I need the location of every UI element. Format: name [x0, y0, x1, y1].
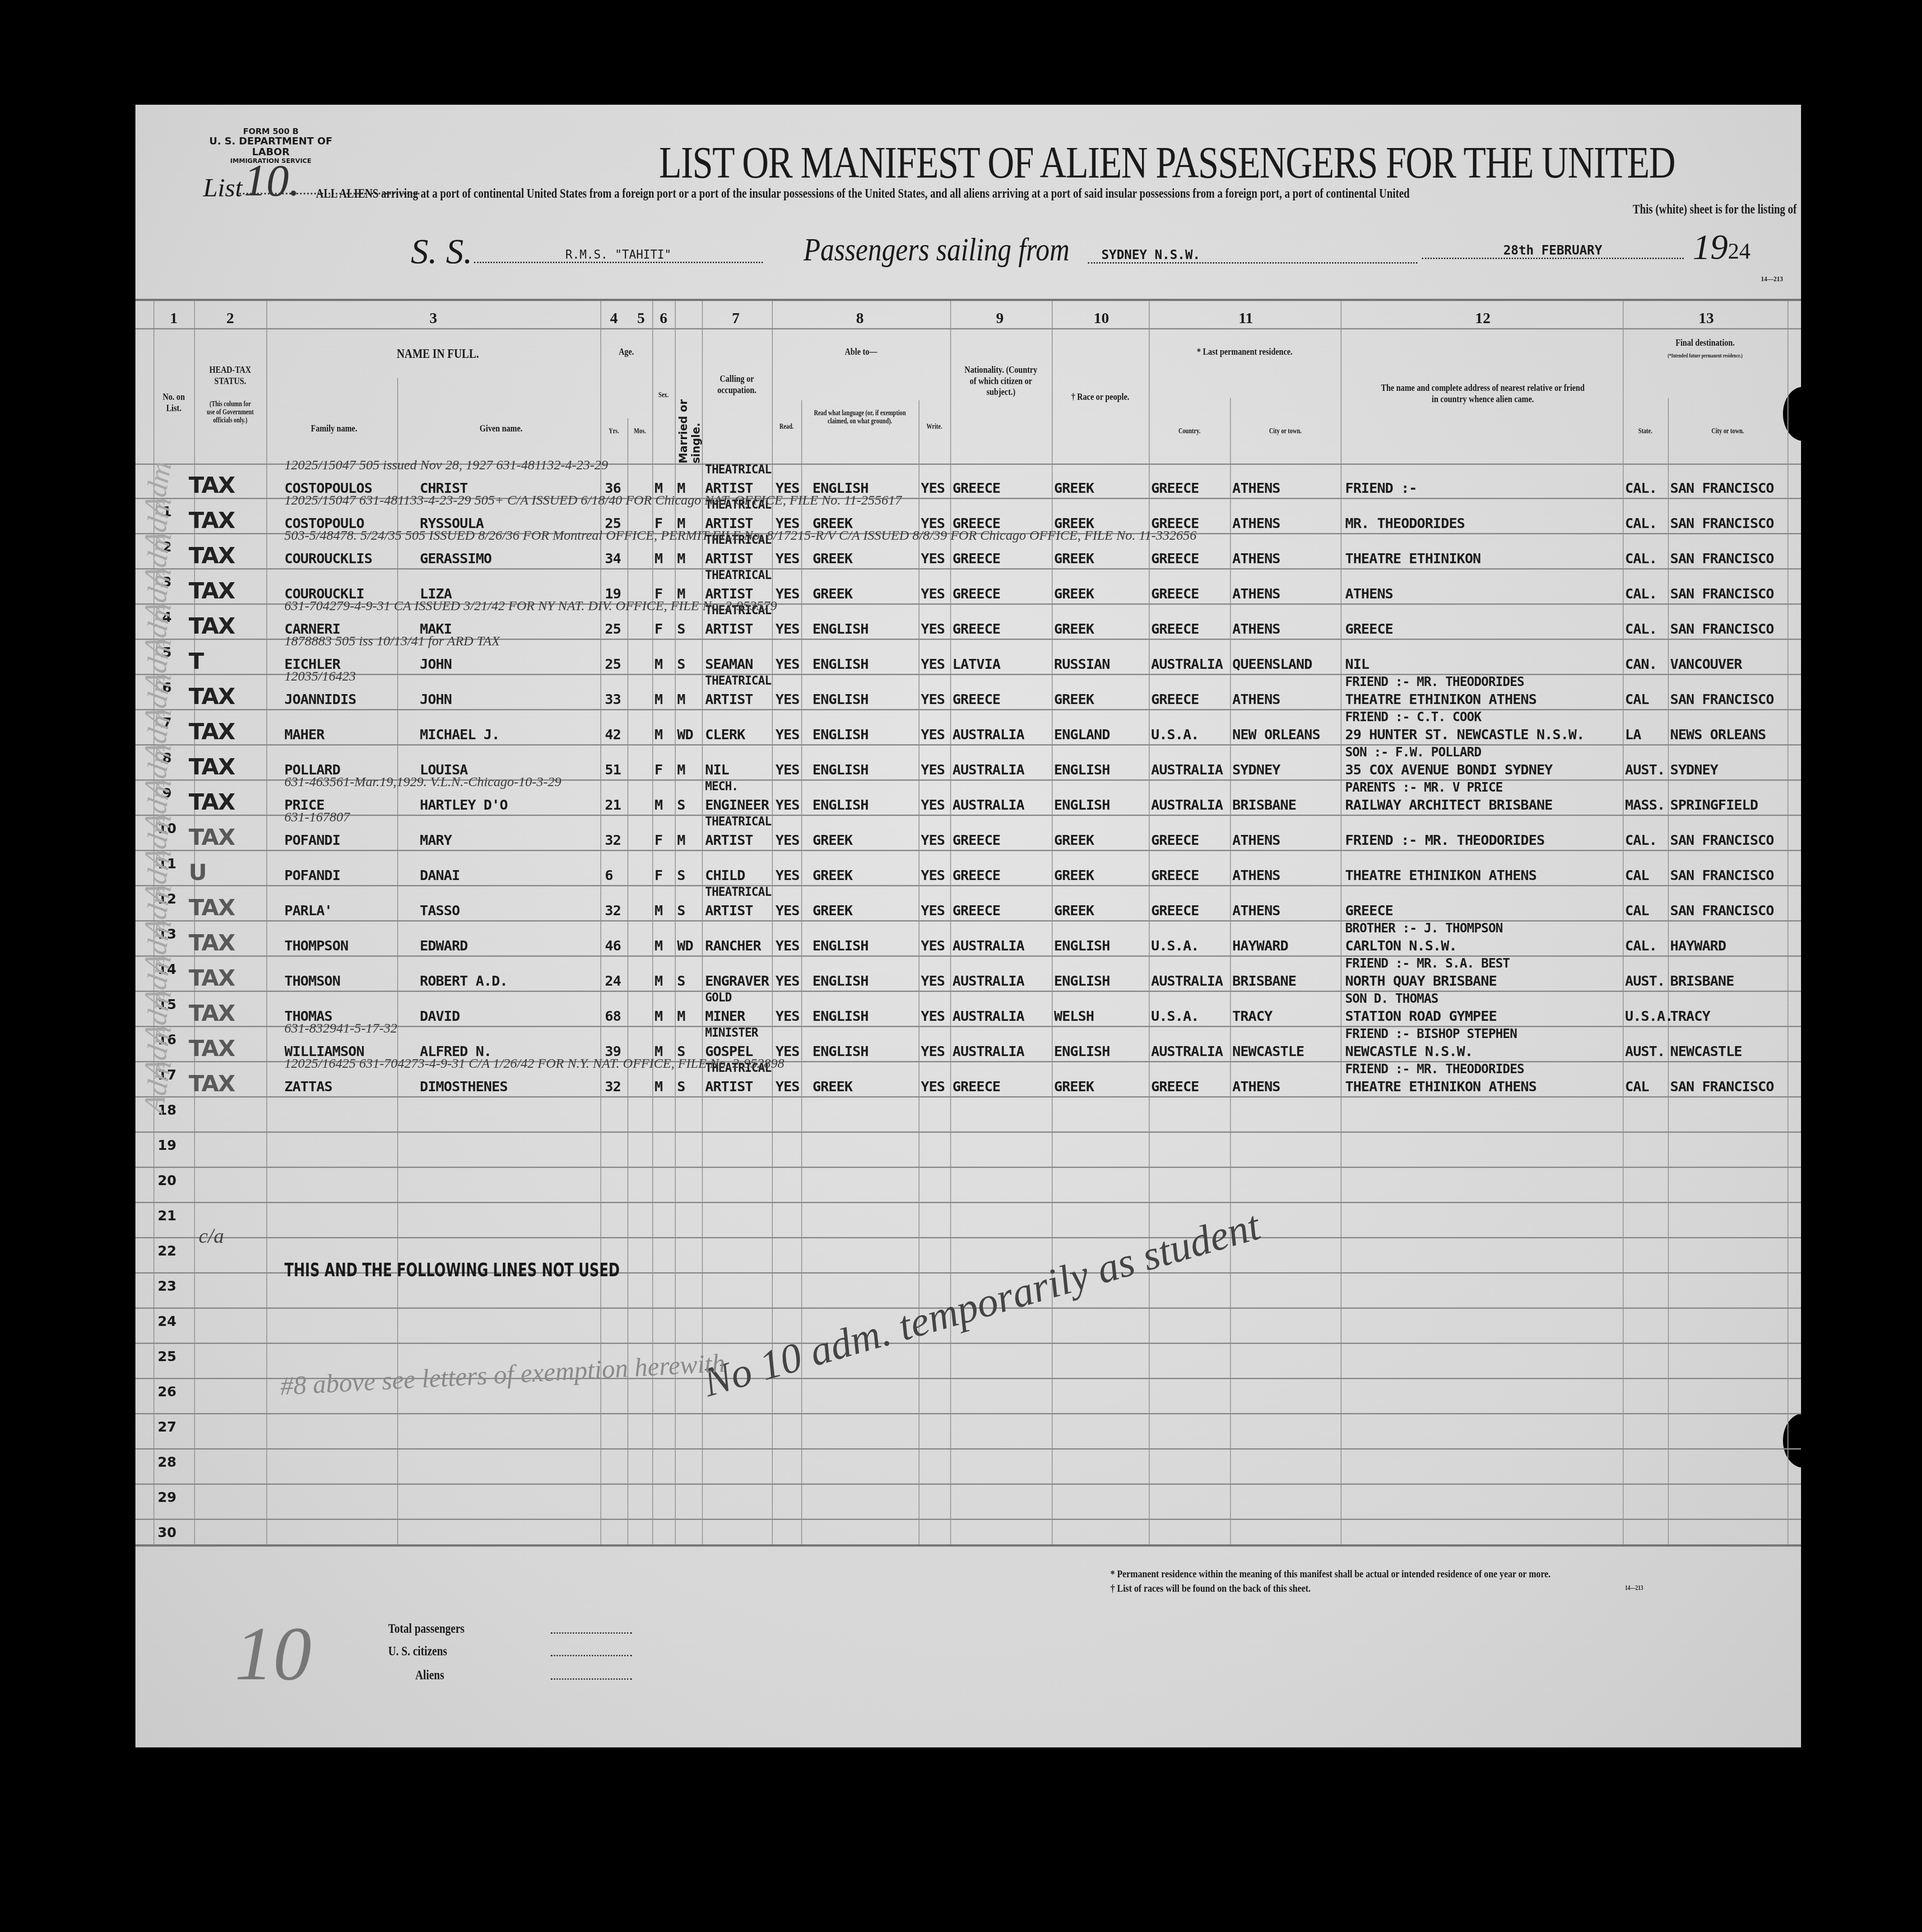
cell-state: AUST. — [1625, 762, 1665, 778]
cell-dest-city: SAN FRANCISCO — [1670, 515, 1774, 532]
cell-read: YES — [775, 1008, 799, 1024]
cell-relative-top: FRIEND :- BISHOP STEPHEN — [1345, 1026, 1517, 1041]
cell-marital: M — [677, 832, 685, 848]
cell-occupation-top: MINISTER — [705, 1026, 758, 1040]
cell-age: 51 — [605, 762, 621, 778]
cell-marital: WD — [677, 727, 693, 743]
sailing-port: SYDNEY N.S.W. — [1088, 247, 1417, 264]
cell-marital: S — [677, 656, 685, 672]
cell-age: 34 — [605, 551, 621, 567]
cell-sex: M — [655, 551, 663, 567]
cell-city: SYDNEY — [1232, 762, 1280, 778]
cell-age: 21 — [605, 797, 621, 813]
subtitle-line-2: This (white) sheet is for the listing of — [1633, 202, 1797, 217]
header-city: City or town. — [1241, 427, 1330, 436]
header-head-tax: HEAD-TAX STATUS. — [201, 364, 259, 386]
cell-occ: ARTIST — [705, 621, 753, 637]
cell-sex: M — [655, 1008, 663, 1024]
cell-race: GREEK — [1054, 832, 1094, 848]
cell-race: GREEK — [1054, 621, 1094, 637]
cell-read: YES — [775, 586, 799, 602]
cell-state: U.S.A. — [1625, 1008, 1673, 1024]
cell-marital: S — [677, 867, 685, 884]
cell-race: GREEK — [1054, 1079, 1094, 1095]
cell-occ: CLERK — [705, 727, 745, 743]
cell-age: 6 — [605, 867, 613, 884]
head-tax-stamp: TAX — [189, 613, 234, 639]
cell-read: YES — [775, 832, 799, 848]
cell-given: TASSO — [420, 903, 460, 919]
cell-race: GREEK — [1054, 903, 1094, 919]
handwritten-annotation: 12025/16425 631-704273-4-9-31 C/A 1/26/4… — [284, 1056, 785, 1071]
cell-relative: GREECE — [1345, 903, 1393, 919]
cell-lang: ENGLISH — [812, 938, 868, 954]
head-tax-stamp: TAX — [189, 578, 234, 604]
header-no-on-list: No. on List. — [158, 391, 190, 413]
cell-state: AUST. — [1625, 1043, 1665, 1060]
row-number: 28 — [153, 1455, 181, 1470]
cell-dest-city: TRACY — [1670, 1008, 1710, 1024]
cell-relative-top: BROTHER :- J. THOMPSON — [1345, 921, 1503, 936]
cell-city: NEW ORLEANS — [1232, 727, 1320, 743]
cell-city: ATHENS — [1232, 515, 1280, 532]
cell-state: CAL. — [1625, 586, 1657, 602]
cell-sex: M — [655, 727, 663, 743]
cell-state: LA — [1625, 727, 1641, 743]
cell-relative: NORTH QUAY BRISBANE — [1345, 973, 1497, 989]
header-read: Read. — [775, 423, 799, 431]
cell-country: AUSTRALIA — [1151, 797, 1223, 813]
cell-country: GREECE — [1151, 1079, 1199, 1095]
manifest-footer: 10 Total passengers U. S. citizens Alien… — [135, 1544, 1801, 1750]
cell-relative: THEATRE ETHINIKON ATHENS — [1345, 691, 1537, 708]
cell-given: DIMOSTHENES — [420, 1079, 507, 1095]
cell-sex: F — [655, 867, 663, 884]
cell-read: YES — [775, 621, 799, 637]
header-able-to: Able to— — [790, 346, 933, 357]
cell-dest-city: SAN FRANCISCO — [1670, 903, 1774, 919]
cell-occupation-top: THEATRICAL — [705, 815, 771, 829]
footer-form-code: 14—213 — [1625, 1585, 1643, 1592]
cell-marital: M — [677, 762, 685, 778]
cell-write: YES — [921, 973, 945, 989]
cell-nationality: GREECE — [952, 1079, 1000, 1095]
cell-nationality: GREECE — [952, 480, 1000, 496]
ship-name: R.M.S. "TAHITI" — [474, 248, 763, 263]
handwritten-annotation: 1878883 505 iss 10/13/41 for ARD TAX — [284, 634, 500, 649]
handwritten-annotation: 631-832941-5-17-32 — [284, 1021, 397, 1036]
cell-family: PARLA' — [284, 903, 332, 919]
cell-race: GREEK — [1054, 691, 1094, 708]
cell-occ: CHILD — [705, 867, 745, 884]
header-write: Write. — [922, 423, 947, 431]
cell-country: AUSTRALIA — [1151, 762, 1223, 778]
cell-lang: ENGLISH — [812, 727, 868, 743]
cell-family: THOMSON — [284, 973, 340, 989]
header-nearest-relative: The name and complete address of nearest… — [1380, 382, 1586, 404]
cell-write: YES — [921, 727, 945, 743]
handwritten-annotation: 631-704279-4-9-31 CA ISSUED 3/21/42 FOR … — [284, 598, 777, 614]
column-number: 2 — [227, 310, 234, 327]
cell-city: ATHENS — [1232, 867, 1280, 884]
cell-age: 25 — [605, 656, 621, 672]
cell-write: YES — [921, 867, 945, 884]
column-number: 5 — [637, 310, 645, 327]
cell-write: YES — [921, 1008, 945, 1024]
cell-sex: F — [655, 832, 663, 848]
cell-lang: ENGLISH — [812, 691, 868, 708]
cell-state: CAL. — [1625, 515, 1657, 532]
cell-given: MICHAEL J. — [420, 727, 500, 743]
handwritten-annotation: 12035/16423 — [284, 669, 356, 684]
cell-sex: M — [655, 973, 663, 989]
cell-relative: GREECE — [1345, 621, 1393, 637]
row-number: 21 — [153, 1208, 181, 1224]
header-read-language: Read what language (or, if exemption cla… — [813, 409, 907, 426]
cell-given: JOHN — [420, 691, 452, 708]
row-number: 24 — [153, 1314, 181, 1330]
cell-occ: SEAMAN — [705, 656, 753, 672]
cell-age: 46 — [605, 938, 621, 954]
cell-lang: GREEK — [812, 586, 852, 602]
cell-occ: ENGRAVER — [705, 973, 769, 989]
cell-city: ATHENS — [1232, 903, 1280, 919]
cell-read: YES — [775, 762, 799, 778]
cell-city: HAYWARD — [1232, 938, 1288, 954]
cell-age: 32 — [605, 903, 621, 919]
cell-lang: GREEK — [812, 832, 852, 848]
cell-occ: ARTIST — [705, 691, 753, 708]
cell-state: CAN. — [1625, 656, 1657, 672]
cell-occupation-top: GOLD — [705, 991, 732, 1005]
cell-occupation-top: MECH. — [705, 780, 738, 793]
cell-family: JOANNIDIS — [284, 691, 356, 708]
head-tax-stamp: TAX — [189, 1000, 234, 1026]
sailing-label: Passengers sailing from — [803, 231, 1069, 269]
head-tax-stamp: TAX — [189, 824, 234, 850]
cell-dest-city: SAN FRANCISCO — [1670, 586, 1774, 602]
cell-sex: M — [655, 656, 663, 672]
cell-family: THOMPSON — [284, 938, 348, 954]
cell-country: GREECE — [1151, 480, 1199, 496]
cell-lang: GREEK — [812, 1079, 852, 1095]
cell-country: GREECE — [1151, 621, 1199, 637]
footnote-residence: * Permanent residence within the meaning… — [1110, 1568, 1551, 1580]
cell-dest-city: SAN FRANCISCO — [1670, 480, 1774, 496]
cell-marital: M — [677, 691, 685, 708]
cell-city: ATHENS — [1232, 691, 1280, 708]
cell-family: POFANDI — [284, 832, 340, 848]
column-number: 13 — [1699, 310, 1714, 327]
cell-country: GREECE — [1151, 903, 1199, 919]
header-mos: Mos. — [630, 427, 650, 436]
cell-state: CAL. — [1625, 938, 1657, 954]
cell-dest-city: NEWS ORLEANS — [1670, 727, 1766, 743]
cell-occ: NIL — [705, 762, 729, 778]
cell-family: ZATTAS — [284, 1079, 332, 1095]
cell-marital: S — [677, 1079, 685, 1095]
cell-dest-city: SPRINGFIELD — [1670, 797, 1758, 813]
cell-country: GREECE — [1151, 691, 1199, 708]
cell-relative: FRIEND :- — [1345, 480, 1417, 496]
column-number: 10 — [1094, 310, 1109, 327]
cell-nationality: AUSTRALIA — [952, 973, 1024, 989]
cell-nationality: GREECE — [952, 586, 1000, 602]
cell-write: YES — [921, 938, 945, 954]
cell-country: AUSTRALIA — [1151, 656, 1223, 672]
cell-occ: ARTIST — [705, 903, 753, 919]
cell-state: CAL — [1625, 691, 1649, 708]
cell-state: CAL — [1625, 867, 1649, 884]
handwritten-total: 10 — [235, 1610, 311, 1698]
cell-relative: RAILWAY ARCHITECT BRISBANE — [1345, 797, 1552, 813]
cell-given: GERASSIMO — [420, 551, 492, 567]
cell-state: CAL. — [1625, 832, 1657, 848]
cell-state: AUST. — [1625, 973, 1665, 989]
handwritten-annotation: 503-5/48478. 5/24/35 505 ISSUED 8/26/36 … — [284, 528, 1197, 543]
head-tax-stamp: TAX — [189, 1070, 234, 1097]
cell-read: YES — [775, 727, 799, 743]
cell-relative-top: FRIEND :- MR. THEODORIDES — [1345, 674, 1524, 689]
row-number: 20 — [153, 1173, 181, 1189]
manifest-sheet: FORM 500 B U. S. DEPARTMENT OF LABOR IMM… — [135, 105, 1801, 1747]
cell-race: GREEK — [1054, 480, 1094, 496]
cell-lang: GREEK — [812, 903, 852, 919]
cell-state: CAL. — [1625, 480, 1657, 496]
cell-marital: S — [677, 797, 685, 813]
footnote-races: † List of races will be found on the bac… — [1110, 1583, 1310, 1595]
cell-nationality: GREECE — [952, 903, 1000, 919]
cell-age: 42 — [605, 727, 621, 743]
cell-occ: MINER — [705, 1008, 745, 1024]
cell-nationality: AUSTRALIA — [952, 938, 1024, 954]
header-married-single: Married or single. — [677, 360, 702, 463]
cell-lang: ENGLISH — [812, 797, 868, 813]
cell-occ: ARTIST — [705, 1079, 753, 1095]
column-number: 8 — [856, 310, 864, 327]
cell-write: YES — [921, 551, 945, 567]
cell-dest-city: BRISBANE — [1670, 973, 1734, 989]
cell-occ: RANCHER — [705, 938, 761, 954]
header-name-in-full: NAME IN FULL. — [348, 346, 528, 361]
cell-read: YES — [775, 903, 799, 919]
cell-lang: ENGLISH — [812, 762, 868, 778]
cell-sex: F — [655, 621, 663, 637]
head-tax-stamp: TAX — [189, 930, 234, 956]
cell-dest-city: SAN FRANCISCO — [1670, 867, 1774, 884]
cell-dest-city: SAN FRANCISCO — [1670, 691, 1774, 708]
row-number: 23 — [153, 1279, 181, 1294]
cell-family: COUROUCKLIS — [284, 551, 372, 567]
cell-write: YES — [921, 621, 945, 637]
head-tax-stamp: TAX — [189, 718, 234, 745]
cell-given: JOHN — [420, 656, 452, 672]
cell-occ: ARTIST — [705, 832, 753, 848]
cell-read: YES — [775, 656, 799, 672]
total-passengers-label: Total passengers — [388, 1621, 464, 1636]
cell-write: YES — [921, 1079, 945, 1095]
head-tax-stamp: TAX — [189, 542, 234, 569]
cell-race: ENGLISH — [1054, 1043, 1110, 1060]
header-occupation: Calling or occupation. — [709, 373, 765, 395]
cell-write: YES — [921, 797, 945, 813]
subtitle-line-1: ALL ALIENS arriving at a port of contine… — [316, 186, 1410, 201]
cell-lang: ENGLISH — [812, 973, 868, 989]
header-head-tax-note: (This column for use of Government offic… — [205, 400, 255, 425]
cell-sex: F — [655, 762, 663, 778]
cell-dest-city: SAN FRANCISCO — [1670, 1079, 1774, 1095]
cell-relative: CARLTON N.S.W. — [1345, 938, 1457, 954]
cell-write: YES — [921, 691, 945, 708]
header-yrs: Yrs. — [603, 427, 625, 436]
header-given-name: Given name. — [432, 423, 570, 434]
head-tax-stamp: TAX — [189, 683, 234, 709]
cell-occupation-top: THEATRICAL — [705, 463, 771, 477]
cell-state: CAL. — [1625, 621, 1657, 637]
cell-lang: ENGLISH — [812, 656, 868, 672]
cell-relative-top: FRIEND :- MR. THEODORIDES — [1345, 1061, 1524, 1076]
head-tax-stamp: TAX — [189, 507, 234, 533]
cell-nationality: AUSTRALIA — [952, 1008, 1024, 1024]
cell-lang: GREEK — [812, 867, 852, 884]
cell-sex: M — [655, 903, 663, 919]
cell-lang: GREEK — [812, 551, 852, 567]
cell-city: ATHENS — [1232, 832, 1280, 848]
cell-write: YES — [921, 903, 945, 919]
cell-nationality: GREECE — [952, 551, 1000, 567]
row-number: 25 — [153, 1349, 181, 1365]
cell-write: YES — [921, 586, 945, 602]
cell-family: POFANDI — [284, 867, 340, 884]
head-tax-stamp: T — [189, 648, 203, 674]
cell-given: EDWARD — [420, 938, 468, 954]
aliens-label: Aliens — [415, 1668, 444, 1683]
cell-relative: 29 HUNTER ST. NEWCASTLE N.S.W. — [1345, 727, 1584, 743]
cell-occupation-top: THEATRICAL — [705, 885, 771, 899]
cell-nationality: AUSTRALIA — [952, 762, 1024, 778]
cell-country: U.S.A. — [1151, 727, 1199, 743]
row-number: 19 — [153, 1138, 181, 1154]
page-title: LIST OR MANIFEST OF ALIEN PASSENGERS FOR… — [659, 136, 1675, 188]
row-number: 22 — [153, 1243, 181, 1259]
cell-race: GREEK — [1054, 551, 1094, 567]
cell-age: 32 — [605, 1079, 621, 1095]
cell-family: MAHER — [284, 727, 324, 743]
row-number: 30 — [153, 1525, 181, 1541]
cell-lang: ENGLISH — [812, 621, 868, 637]
column-number: 11 — [1239, 310, 1253, 327]
aliens-field — [551, 1678, 632, 1680]
cell-age: 25 — [605, 621, 621, 637]
cell-city: ATHENS — [1232, 551, 1280, 567]
cell-relative-top: SON :- F.W. POLLARD — [1345, 745, 1481, 760]
column-number: 12 — [1475, 310, 1490, 327]
column-number: 9 — [996, 310, 1004, 327]
header-family-name: Family name. — [291, 423, 377, 434]
head-tax-stamp: TAX — [189, 472, 234, 498]
cell-race: ENGLISH — [1054, 973, 1110, 989]
cell-age: 32 — [605, 832, 621, 848]
cell-lang: ENGLISH — [812, 1008, 868, 1024]
header-final-destination: Final destination. — [1639, 337, 1771, 348]
cell-occupation-top: THEATRICAL — [705, 569, 771, 582]
cell-race: ENGLAND — [1054, 727, 1110, 743]
cell-relative: ATHENS — [1345, 586, 1393, 602]
cell-state: CAL — [1625, 903, 1649, 919]
cell-race: ENGLISH — [1054, 762, 1110, 778]
handwritten-annotation: 12025/15047 631-481133-4-23-29 505+ C/A … — [284, 493, 902, 508]
cell-sex: M — [655, 938, 663, 954]
handwritten-annotation: 631-167807 — [284, 810, 350, 825]
cell-sex: M — [655, 797, 663, 813]
total-passengers-field — [551, 1632, 632, 1634]
column-number: 1 — [170, 310, 178, 327]
cell-city: ATHENS — [1232, 621, 1280, 637]
ss-label: S. S. — [411, 231, 473, 272]
cell-state: CAL — [1625, 1079, 1649, 1095]
row-number: 26 — [153, 1384, 181, 1400]
cell-city: BRISBANE — [1232, 973, 1296, 989]
cell-sex: M — [655, 1079, 663, 1095]
cell-state: CAL. — [1625, 551, 1657, 567]
cell-race: WELSH — [1054, 1008, 1094, 1024]
cell-marital: S — [677, 621, 685, 637]
cell-read: YES — [775, 551, 799, 567]
cell-marital: M — [677, 551, 685, 567]
head-tax-stamp: TAX — [189, 1035, 234, 1061]
header-dest-city: City or town. — [1680, 427, 1776, 436]
sailing-date: 28th FEBRUARY — [1422, 243, 1684, 259]
cell-relative-top: FRIEND :- C.T. COOK — [1345, 709, 1481, 724]
cell-given: HARTLEY D'O — [420, 797, 507, 813]
cell-given: ROBERT A.D. — [420, 973, 507, 989]
cell-country: U.S.A. — [1151, 1008, 1199, 1024]
lines-not-used-stamp: THIS AND THE FOLLOWING LINES NOT USED — [284, 1260, 620, 1281]
cell-occ: ENGINEER — [705, 797, 769, 813]
cell-dest-city: SAN FRANCISCO — [1670, 621, 1774, 637]
list-number: 10. — [244, 154, 300, 206]
form-code: 14—213 — [1761, 276, 1783, 283]
cell-sex: M — [655, 691, 663, 708]
cell-nationality: GREECE — [952, 691, 1000, 708]
cell-nationality: AUSTRALIA — [952, 1043, 1024, 1060]
cell-relative-top: FRIEND :- MR. S.A. BEST — [1345, 956, 1510, 971]
cell-dest-city: SYDNEY — [1670, 762, 1718, 778]
cell-nationality: GREECE — [952, 832, 1000, 848]
column-number: 7 — [732, 310, 740, 327]
column-number: 3 — [430, 310, 437, 327]
cell-relative: MR. THEODORIDES — [1345, 515, 1465, 532]
cell-lang: ENGLISH — [812, 1043, 868, 1060]
column-number: 4 — [610, 310, 618, 327]
form-number: FORM 500 B — [203, 127, 339, 136]
header-nationality: Nationality. (Country of which citizen o… — [962, 364, 1040, 398]
cell-city: ATHENS — [1232, 480, 1280, 496]
cell-marital: S — [677, 903, 685, 919]
cell-write: YES — [921, 762, 945, 778]
cell-read: YES — [775, 797, 799, 813]
cell-country: AUSTRALIA — [1151, 1043, 1223, 1060]
list-label: List — [203, 172, 242, 203]
cell-relative: NEWCASTLE N.S.W. — [1345, 1043, 1473, 1060]
us-citizens-field — [551, 1655, 632, 1656]
column-number: 6 — [660, 310, 668, 327]
cell-occ: ARTIST — [705, 551, 753, 567]
cell-city: TRACY — [1232, 1008, 1272, 1024]
cell-country: AUSTRALIA — [1151, 973, 1223, 989]
head-tax-stamp: TAX — [189, 754, 234, 780]
cell-dest-city: SAN FRANCISCO — [1670, 551, 1774, 567]
